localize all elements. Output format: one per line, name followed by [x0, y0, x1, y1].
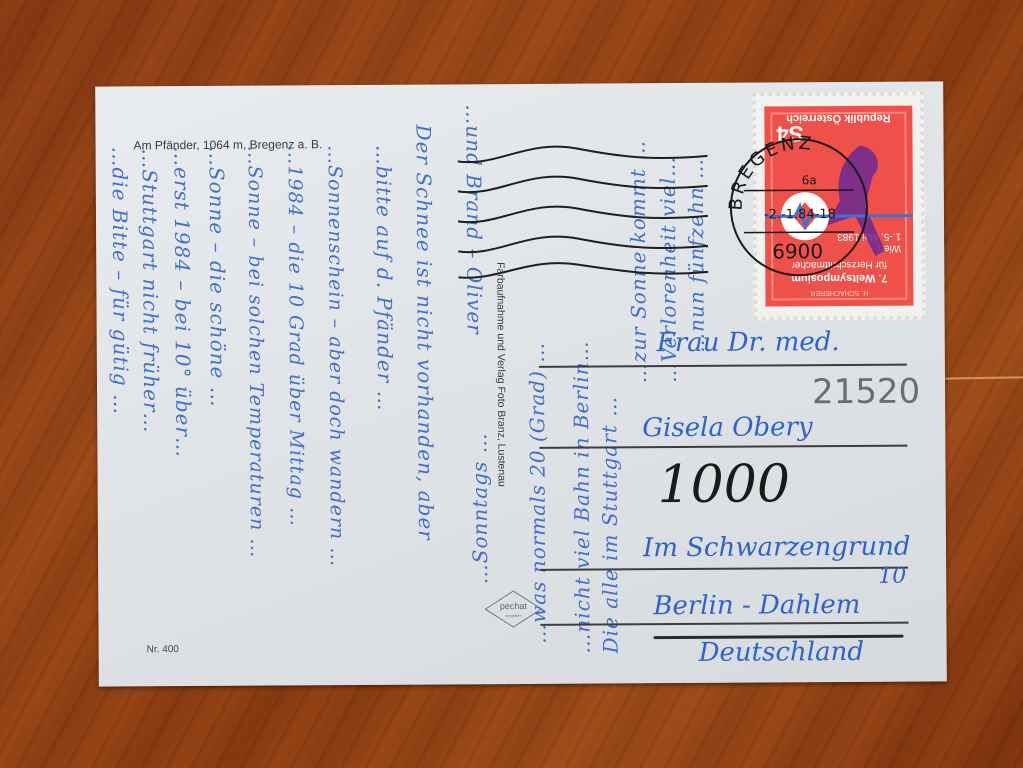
message-line: …Sonne – bei solchen Temperaturen …	[244, 146, 269, 559]
message-line: …Sonntags …	[467, 432, 492, 584]
card-number: Nr. 400	[147, 644, 179, 655]
logo-text: pechat	[500, 601, 528, 611]
message-line: …Sonne – die schöne …	[205, 146, 231, 408]
address-rule-3	[540, 567, 908, 571]
publisher-credit: Farbaufnahme und Verlag Foto Branz, Lust…	[494, 262, 507, 487]
message-line: …1984 – die 10 Grad über Mittag …	[284, 145, 308, 527]
message-line: Die alle im Stuttgart …	[597, 396, 623, 654]
postmark-postcode: 6900	[772, 239, 823, 263]
message-line: …erst 1984 – bei 10° über…	[170, 146, 196, 458]
address-line-5: Deutschland	[699, 637, 864, 668]
address-line-1: Frau Dr. med.	[657, 327, 840, 358]
svg-text:BREGENZ: BREGENZ	[725, 133, 816, 212]
message-line: …was normals 20 (Grad) …	[525, 342, 551, 644]
address-house-number: 10	[878, 564, 906, 589]
address-line-2: Gisela Obery	[642, 412, 813, 443]
logo-subtext: vergeben	[505, 613, 522, 618]
postmark: BREGENZ 6a -2.-1.84-18 6900	[723, 132, 874, 283]
message-line: …Sonnenschein – aber doch wandern …	[324, 145, 349, 567]
postmark-office: 6a	[802, 173, 817, 187]
address-rule-4	[540, 622, 908, 626]
marker-postcode: 1000	[657, 454, 790, 515]
address-line-3: Im Schwarzengrund	[643, 532, 911, 564]
table-crack	[945, 376, 1023, 379]
postcard: Am Pfänder, 1064 m, Bregenz a. B. Nr. 40…	[95, 81, 947, 686]
postmark-town: BREGENZ	[725, 133, 816, 212]
cancellation-waves	[458, 138, 709, 280]
message-line: …die Bitte – für gütig …	[108, 146, 134, 415]
postmark-date: -2.-1.84-18	[764, 207, 836, 222]
address-rule-1	[539, 364, 907, 368]
message-line: …bitte auf d. Pfänder …	[372, 145, 398, 412]
message-line: Der Schnee ist nicht vorhanden, aber	[411, 125, 438, 541]
message-line: …nicht viel Bahn in Berlin…	[569, 340, 595, 653]
address-rule-2	[539, 445, 907, 449]
message-line: …Stuttgart nicht früher…	[138, 148, 164, 433]
address-line-4: Berlin - Dahlem	[653, 590, 860, 621]
pencil-note: 21520	[812, 372, 920, 413]
